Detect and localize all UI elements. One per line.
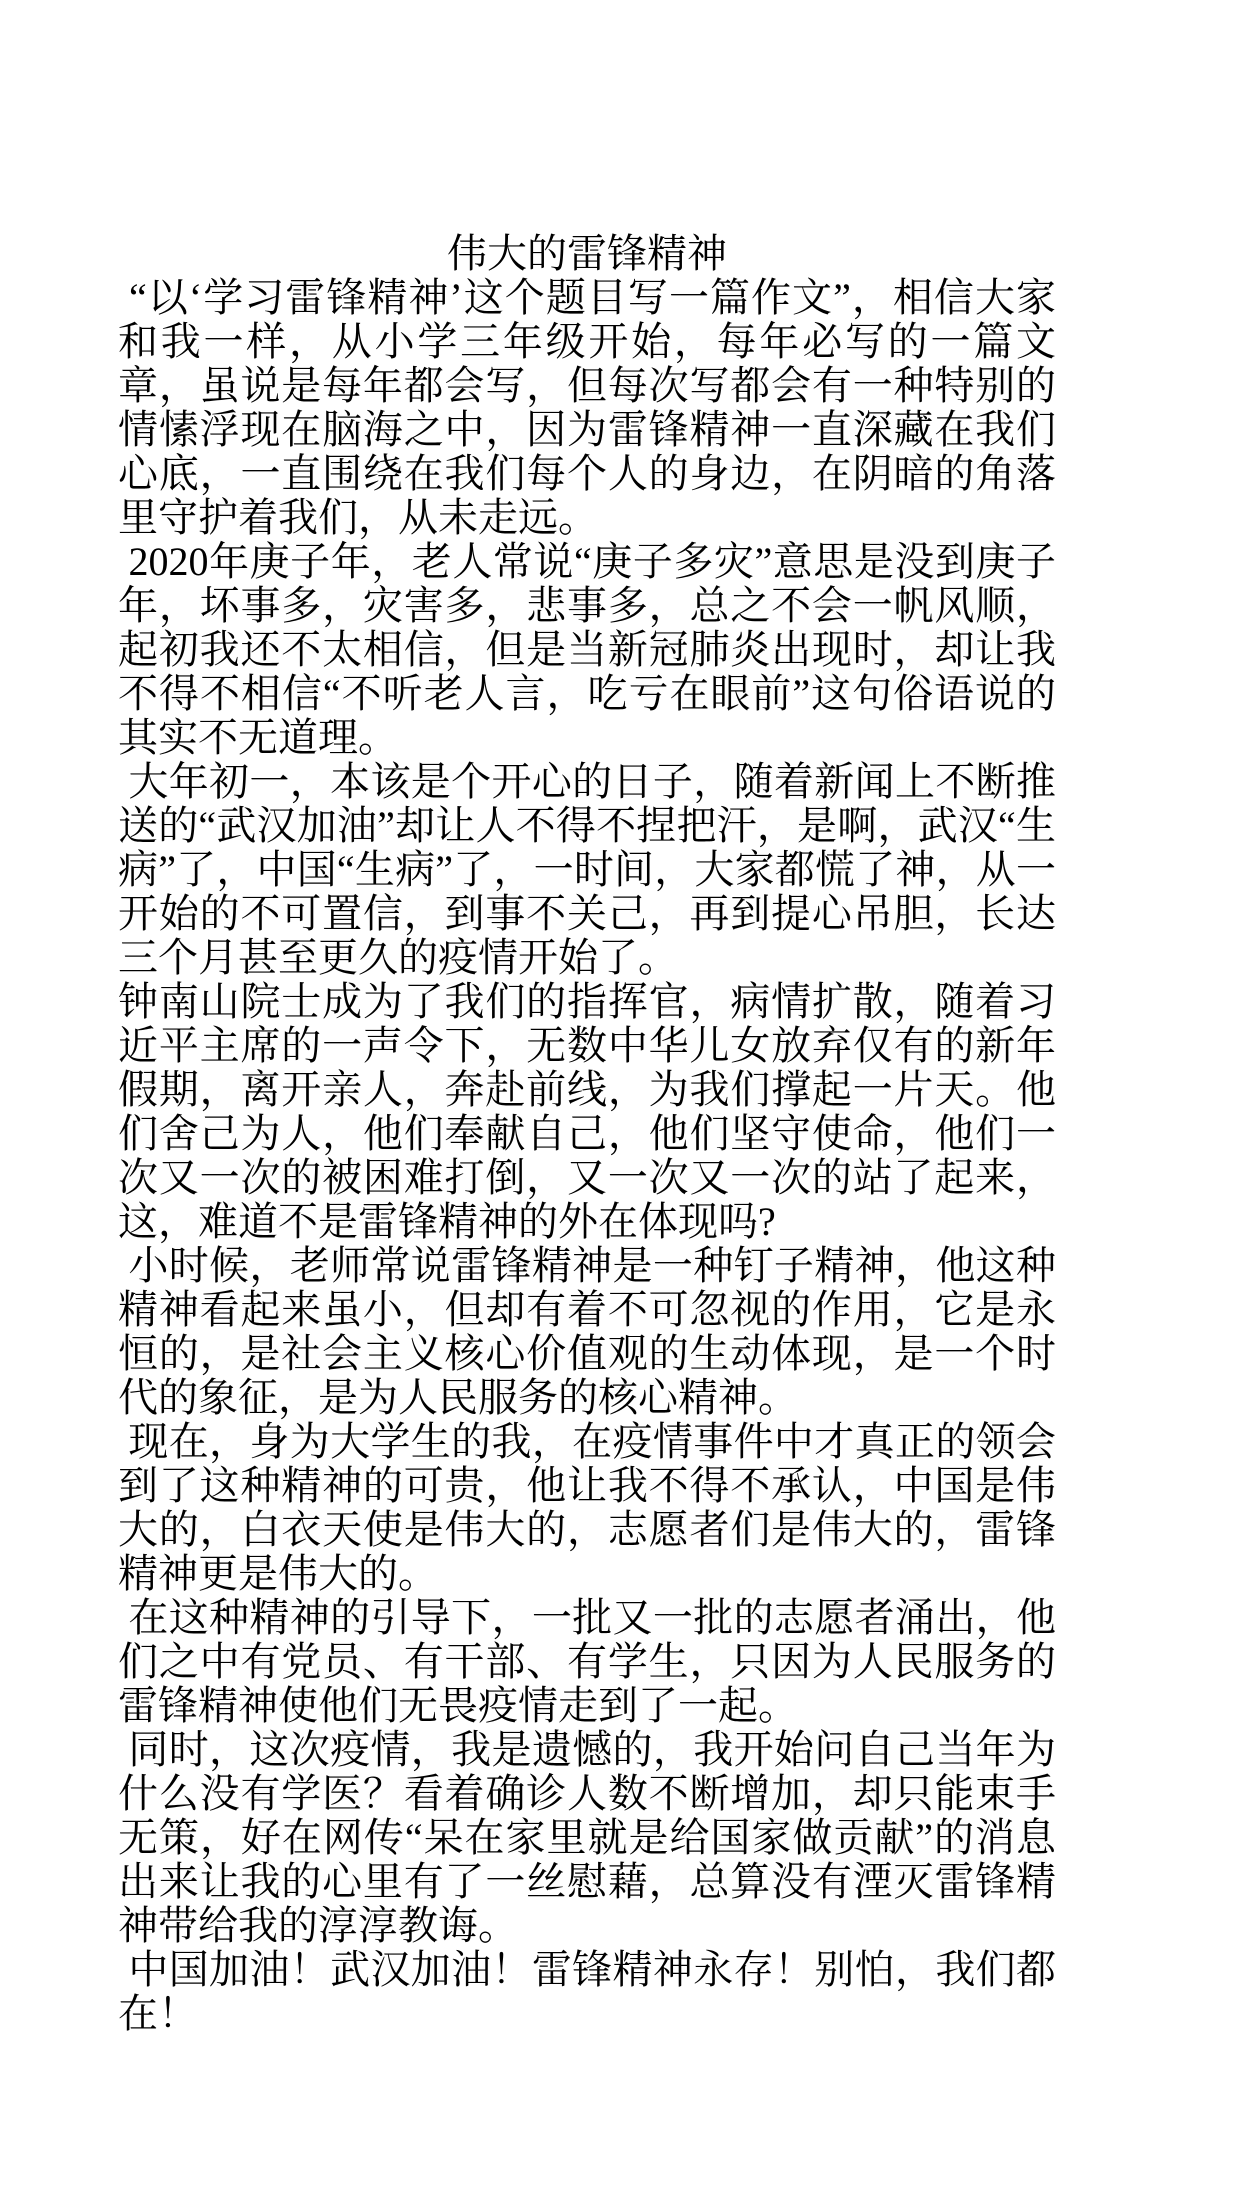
essay-paragraph-7: 在这种精神的引导下，一批又一批的志愿者涌出，他们之中有党员、有干部、有学生，只因…: [118, 1596, 1056, 1728]
essay-paragraph-1: “以‘学习雷锋精神’这个题目写一篇作文”，相信大家和我一样，从小学三年级开始，每…: [118, 276, 1056, 540]
essay-paragraph-8: 同时，这次疫情，我是遗憾的，我开始问自己当年为什么没有学医？看着确诊人数不断增加…: [118, 1728, 1056, 1948]
essay-paragraph-4: 钟南山院士成为了我们的指挥官，病情扩散，随着习近平主席的一声令下，无数中华儿女放…: [118, 980, 1056, 1244]
essay-paragraph-6: 现在，身为大学生的我，在疫情事件中才真正的领会到了这种精神的可贵，他让我不得不承…: [118, 1420, 1056, 1596]
essay-paragraph-2: 2020年庚子年，老人常说“庚子多灾”意思是没到庚子年，坏事多，灾害多，悲事多，…: [118, 540, 1056, 760]
essay-paragraph-9: 中国加油！武汉加油！雷锋精神永存！别怕，我们都在！: [118, 1948, 1056, 2036]
essay-paragraph-5: 小时候，老师常说雷锋精神是一种钉子精神，他这种精神看起来虽小，但却有着不可忽视的…: [118, 1244, 1056, 1420]
essay-paragraph-3: 大年初一，本该是个开心的日子，随着新闻上不断推送的“武汉加油”却让人不得不捏把汗…: [118, 760, 1056, 980]
essay-title: 伟大的雷锋精神: [118, 232, 1056, 276]
essay-page: 伟大的雷锋精神 “以‘学习雷锋精神’这个题目写一篇作文”，相信大家和我一样，从小…: [118, 232, 1056, 2036]
